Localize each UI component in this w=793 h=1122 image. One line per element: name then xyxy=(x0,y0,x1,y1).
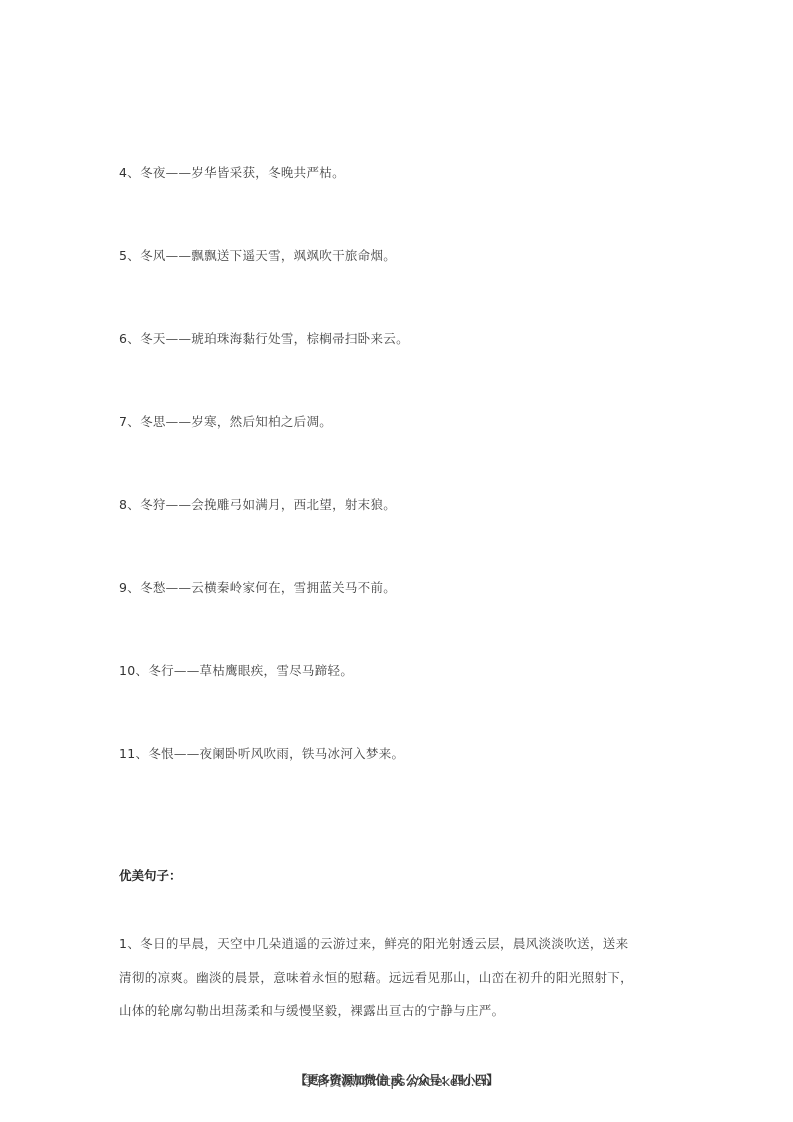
poem-text: 冬行——草枯鹰眼疾，雪尽马蹄轻。 xyxy=(148,663,353,678)
paragraph-line-2: 清彻的凉爽。幽淡的晨景，意味着永恒的慰藉。远远看见那山，山峦在初升的阳光照射下， xyxy=(119,969,684,1002)
poem-text: 冬夜——岁华皆采获，冬晚共严枯。 xyxy=(140,165,345,180)
page-footer: 学科资源网 https://xuekefu.cn 【更多资源加微信 或 公众号：… xyxy=(0,1071,793,1090)
separator: 、 xyxy=(127,331,140,346)
paragraph-line-3: 山体的轮廓勾勒出坦荡柔和与缓慢坚毅，裸露出亘古的宁静与庄严。 xyxy=(119,1002,684,1036)
poem-text: 冬恨——夜阑卧听风吹雨，铁马冰河入梦来。 xyxy=(148,746,404,761)
separator: 、 xyxy=(127,165,140,180)
separator: 、 xyxy=(127,936,140,951)
poem-text: 冬狩——会挽雕弓如满月，西北望，射末狼。 xyxy=(140,497,396,512)
poem-line-8: 8、冬狩——会挽雕弓如满月，西北望，射末狼。 xyxy=(119,496,396,514)
poem-line-9: 9、冬愁——云横秦岭家何在，雪拥蓝关马不前。 xyxy=(119,579,396,597)
footer-overlay-notice: 【更多资源加微信 或 公众号：四小四】 xyxy=(0,1071,793,1088)
document-page: 4、冬夜——岁华皆采获，冬晚共严枯。 5、冬风——飘飘送下遥天雪，飒飒吹干旅命烟… xyxy=(0,0,793,1122)
separator: 、 xyxy=(136,663,149,678)
item-number: 10 xyxy=(119,663,136,678)
separator: 、 xyxy=(127,580,140,595)
section-heading: 优美句子： xyxy=(119,866,182,884)
sentence-paragraph-1: 1、冬日的早晨，天空中几朵逍遥的云游过来，鲜亮的阳光射透云层，晨风淡淡吹送，送来… xyxy=(119,935,684,1036)
poem-text: 冬天——琥珀珠海黏行处雪，棕榈帚扫卧来云。 xyxy=(140,331,409,346)
poem-line-5: 5、冬风——飘飘送下遥天雪，飒飒吹干旅命烟。 xyxy=(119,247,396,265)
poem-text: 冬愁——云横秦岭家何在，雪拥蓝关马不前。 xyxy=(140,580,396,595)
separator: 、 xyxy=(127,414,140,429)
poem-line-11: 11、冬恨——夜阑卧听风吹雨，铁马冰河入梦来。 xyxy=(119,745,404,763)
separator: 、 xyxy=(127,248,140,263)
separator: 、 xyxy=(127,497,140,512)
poem-text: 冬思——岁寒，然后知柏之后凋。 xyxy=(140,414,332,429)
poem-line-7: 7、冬思——岁寒，然后知柏之后凋。 xyxy=(119,413,332,431)
poem-line-6: 6、冬天——琥珀珠海黏行处雪，棕榈帚扫卧来云。 xyxy=(119,330,409,348)
paragraph-line-1: 1、冬日的早晨，天空中几朵逍遥的云游过来，鲜亮的阳光射透云层，晨风淡淡吹送，送来 xyxy=(119,935,684,969)
item-number: 11 xyxy=(119,746,136,761)
poem-line-10: 10、冬行——草枯鹰眼疾，雪尽马蹄轻。 xyxy=(119,662,353,680)
poem-text: 冬风——飘飘送下遥天雪，飒飒吹干旅命烟。 xyxy=(140,248,396,263)
separator: 、 xyxy=(136,746,149,761)
line-text: 冬日的早晨，天空中几朵逍遥的云游过来，鲜亮的阳光射透云层，晨风淡淡吹送，送来 xyxy=(140,936,628,951)
poem-line-4: 4、冬夜——岁华皆采获，冬晚共严枯。 xyxy=(119,164,345,182)
